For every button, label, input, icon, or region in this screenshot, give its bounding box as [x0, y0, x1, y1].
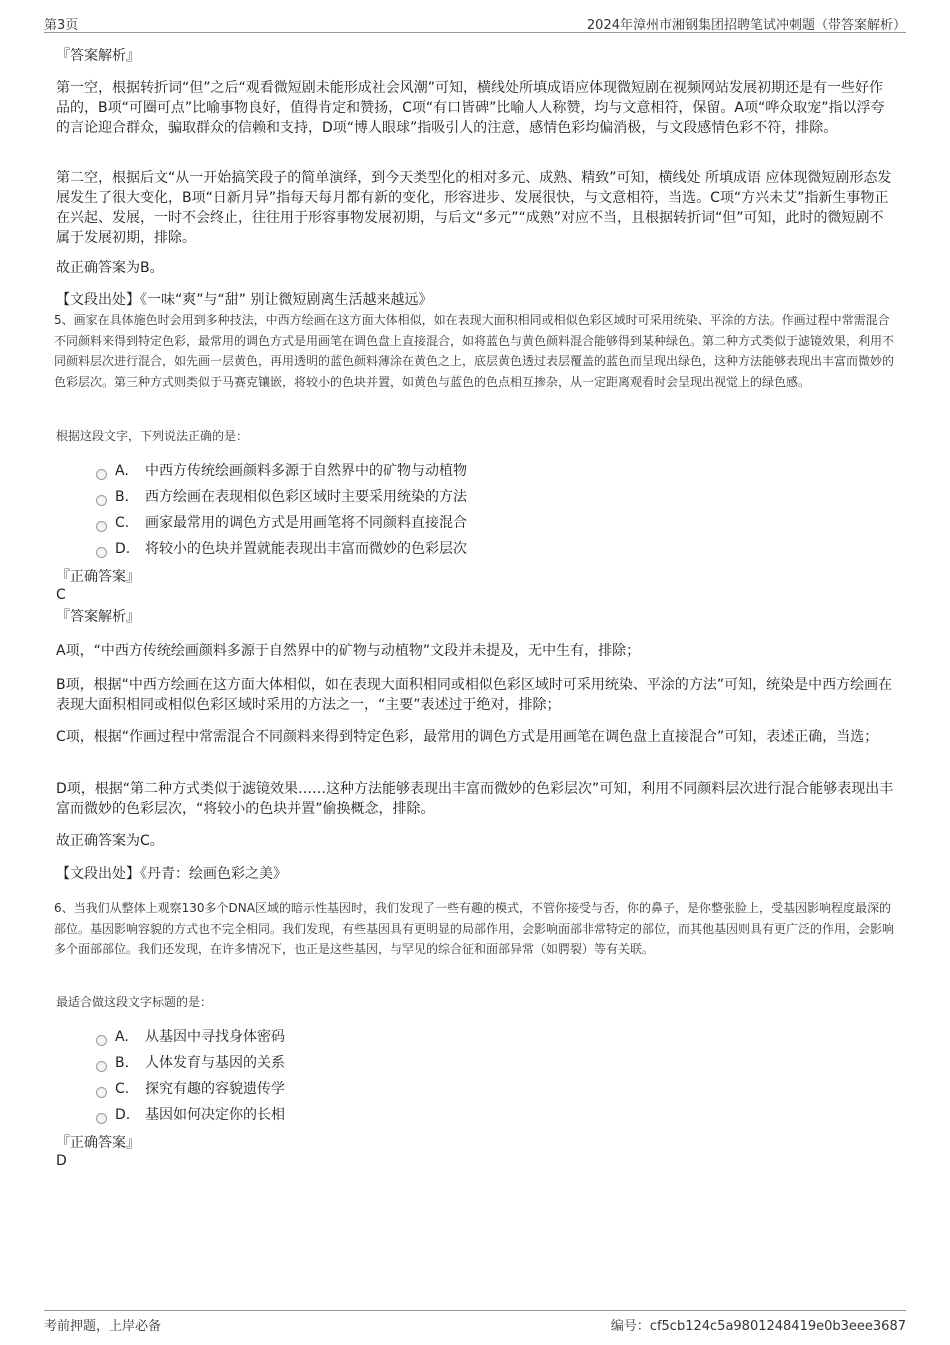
- radio-icon[interactable]: [96, 521, 107, 532]
- option-a[interactable]: A.中西方传统绘画颜料多源于自然界中的矿物与动植物: [96, 458, 936, 484]
- radio-icon[interactable]: [96, 1113, 107, 1124]
- radio-icon[interactable]: [96, 495, 107, 506]
- option-c[interactable]: C.画家最常用的调色方式是用画笔将不同颜料直接混合: [96, 510, 936, 536]
- radio-icon[interactable]: [96, 1087, 107, 1098]
- option-b[interactable]: B.西方绘画在表现相似色彩区域时主要采用统染的方法: [96, 484, 936, 510]
- option-d[interactable]: D.基因如何决定你的长相: [96, 1102, 936, 1128]
- question-5-options: A.中西方传统绘画颜料多源于自然界中的矿物与动植物 B.西方绘画在表现相似色彩区…: [96, 458, 936, 562]
- document-code: 编号：cf5cb124c5a9801248419e0b3eee3687: [611, 1315, 906, 1334]
- source-citation: 【文段出处】《一味“爽”与“甜” 别让微短剧离生活越来越远》: [56, 290, 896, 310]
- page-header: 第3页 2024年漳州市湘钢集团招聘笔试冲刺题（带答案解析）: [44, 10, 906, 33]
- document-title: 2024年漳州市湘钢集团招聘笔试冲刺题（带答案解析）: [587, 14, 906, 33]
- option-d[interactable]: D.将较小的色块并置就能表现出丰富而微妙的色彩层次: [96, 536, 936, 562]
- analysis-label: 『答案解析』: [56, 46, 896, 66]
- analysis-b: B项，根据“中西方绘画在这方面大体相似，如在表现大面积相同或相似色彩区域时可采用…: [56, 675, 896, 715]
- option-b[interactable]: B.人体发育与基因的关系: [96, 1050, 936, 1076]
- analysis-c: C项，根据“作画过程中常需混合不同颜料来得到特定色彩，最常用的调色方式是用画笔在…: [56, 727, 896, 747]
- footer-slogan: 考前押题，上岸必备: [44, 1315, 161, 1334]
- answer-label: 『正确答案』: [56, 1133, 896, 1153]
- question-6-prompt: 最适合做这段文字标题的是：: [56, 992, 896, 1013]
- radio-icon[interactable]: [96, 1035, 107, 1046]
- analysis-d: D项，根据“第二种方式类似于滤镜效果……这种方法能够表现出丰富而微妙的色彩层次”…: [56, 779, 896, 819]
- radio-icon[interactable]: [96, 1061, 107, 1072]
- answer-value: C: [56, 585, 896, 605]
- analysis-paragraph-1: 第一空，根据转折词“但”之后“观看微短剧未能形成社会风潮”可知，横线处所填成语应…: [56, 78, 896, 138]
- analysis-a: A项，“中西方传统绘画颜料多源于自然界中的矿物与动植物”文段并未提及，无中生有，…: [56, 641, 896, 661]
- option-c[interactable]: C.探究有趣的容貌遗传学: [96, 1076, 936, 1102]
- answer-value: D: [56, 1151, 896, 1171]
- radio-icon[interactable]: [96, 469, 107, 480]
- analysis-paragraph-2: 第二空，根据后文“从一开始搞笑段子的简单演绎，到今天类型化的相对多元、成熟、精致…: [56, 168, 896, 248]
- question-5-stem: 5、画家在具体施色时会用到多种技法，中西方绘画在这方面大体相似，如在表现大面积相…: [54, 310, 894, 392]
- option-a[interactable]: A.从基因中寻找身体密码: [96, 1024, 936, 1050]
- answer-label: 『正确答案』: [56, 567, 896, 587]
- page-number: 第3页: [44, 14, 78, 33]
- question-5-prompt: 根据这段文字，下列说法正确的是：: [56, 426, 896, 447]
- source-citation: 【文段出处】《丹青：绘画色彩之美》: [56, 864, 896, 884]
- page-footer: 考前押题，上岸必备 编号：cf5cb124c5a9801248419e0b3ee…: [44, 1310, 906, 1315]
- conclusion: 故正确答案为C。: [56, 831, 896, 851]
- question-6-options: A.从基因中寻找身体密码 B.人体发育与基因的关系 C.探究有趣的容貌遗传学 D…: [96, 1024, 936, 1128]
- conclusion: 故正确答案为B。: [56, 258, 896, 278]
- analysis-label: 『答案解析』: [56, 607, 896, 627]
- radio-icon[interactable]: [96, 547, 107, 558]
- question-6-stem: 6、当我们从整体上观察130多个DNA区域的暗示性基因时，我们发现了一些有趣的模…: [54, 898, 894, 960]
